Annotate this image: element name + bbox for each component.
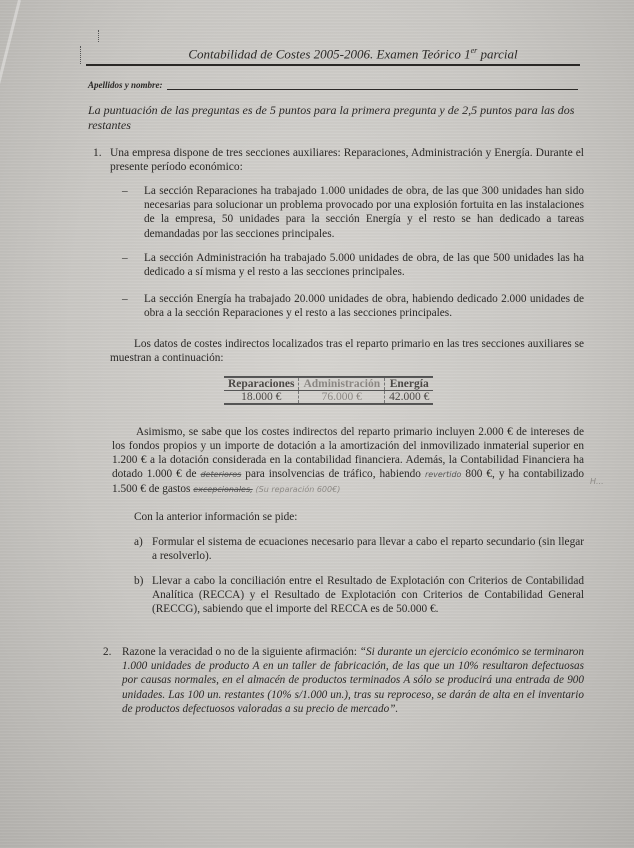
- cell-administracion: 76.000 €: [299, 391, 385, 405]
- scan-streak: [0, 0, 21, 156]
- item-label: b): [134, 574, 143, 588]
- question-2: 2. Razone la veracidad o no de la siguie…: [122, 645, 584, 716]
- question-1-intro: 1. Una empresa dispone de tres secciones…: [110, 146, 584, 174]
- dash-icon: –: [122, 292, 128, 306]
- name-blank-line: [167, 81, 579, 90]
- additional-info: Asimismo, se sabe que los costes indirec…: [112, 425, 584, 497]
- costs-table: Reparaciones Administración Energía 18.0…: [224, 376, 433, 405]
- name-field-row: Apellidos y nombre:: [88, 80, 578, 90]
- handwritten-margin-note: (Su reparación 600€): [256, 485, 341, 494]
- exam-title: Contabilidad de Costes 2005-2006. Examen…: [86, 46, 580, 62]
- name-label: Apellidos y nombre:: [88, 80, 163, 90]
- bullet-reparaciones: – La sección Reparaciones ha trabajado 1…: [144, 184, 584, 241]
- scoring-note: La puntuación de las preguntas es de 5 p…: [88, 103, 584, 133]
- item-a: a) Formular el sistema de ecuaciones nec…: [152, 535, 584, 563]
- bullet-energia: – La sección Energía ha trabajado 20.000…: [144, 292, 584, 320]
- col-header-administracion: Administración: [299, 377, 385, 391]
- header-rule: [86, 64, 580, 66]
- col-header-reparaciones: Reparaciones: [224, 377, 299, 391]
- request-intro: Con la anterior información se pide:: [134, 510, 584, 524]
- dash-icon: –: [122, 184, 128, 198]
- item-label: a): [134, 535, 143, 549]
- question-number: 1.: [93, 146, 102, 160]
- question-number: 2.: [103, 645, 111, 659]
- margin-marks: [80, 46, 83, 64]
- item-b: b) Llevar a cabo la conciliación entre e…: [152, 574, 584, 616]
- cell-energia: 42.000 €: [385, 391, 434, 405]
- handwritten-correction: deterioros: [200, 470, 241, 479]
- handwritten-margin-note: H...: [590, 477, 604, 486]
- margin-marks: [98, 30, 101, 42]
- exam-header: Contabilidad de Costes 2005-2006. Examen…: [86, 46, 580, 66]
- dash-icon: –: [122, 251, 128, 265]
- costs-intro: Los datos de costes indirectos localizad…: [110, 337, 584, 365]
- handwritten-correction: excepcionales,: [193, 485, 252, 494]
- col-header-energia: Energía: [385, 377, 434, 391]
- cell-reparaciones: 18.000 €: [224, 391, 299, 405]
- handwritten-correction: revertido: [425, 470, 462, 479]
- bullet-administracion: – La sección Administración ha trabajado…: [144, 251, 584, 279]
